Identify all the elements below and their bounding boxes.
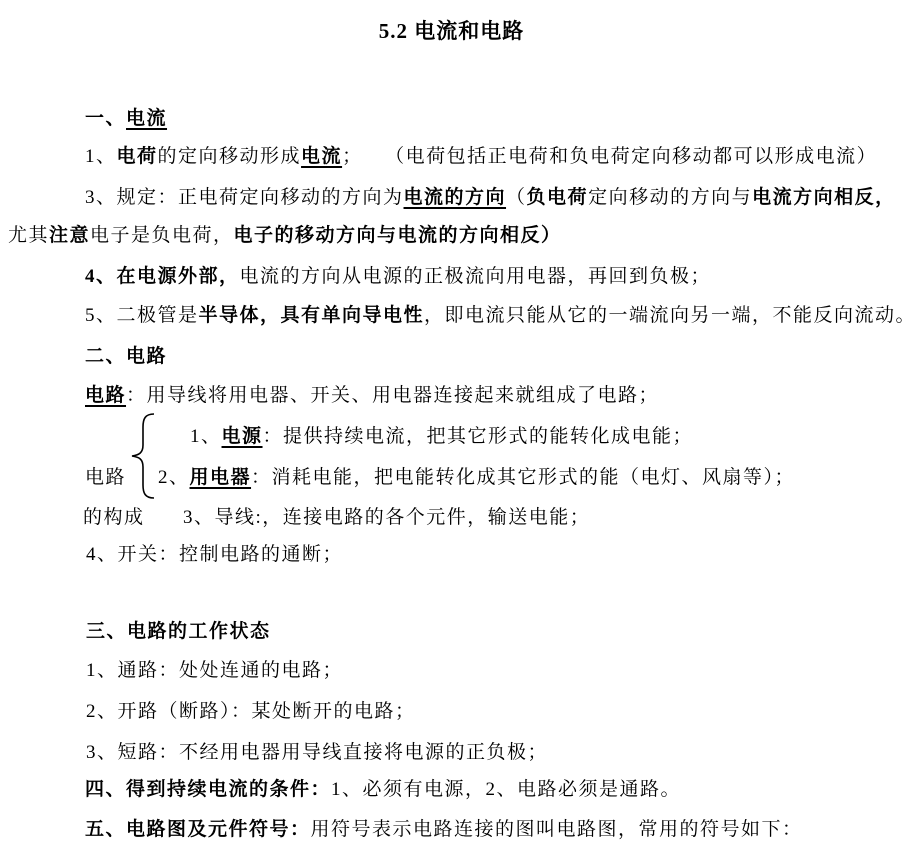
text-segment: 1、必须有电源，2、电路必须是通路。 — [331, 779, 681, 800]
bold-term: 电子的移动方向与电流的方向相反） — [234, 225, 562, 246]
brace-label-top: 电路 — [85, 465, 126, 491]
bold-term: 电流方向相反， — [752, 187, 896, 208]
heading-1-term: 电流 — [126, 108, 167, 129]
bold-term: 四、得到持续电流的条件： — [85, 779, 331, 800]
bold-term: 半导体，具有单向导电性 — [199, 305, 425, 326]
text-segment: 2、 — [158, 467, 190, 488]
para-circuit-definition: 电路：用导线将用电器、开关、用电器连接起来就组成了电路； — [85, 383, 659, 409]
heading-section-2: 二、电路 — [85, 344, 167, 370]
text-segment: ：提供持续电流，把其它形式的能转化成电能； — [263, 426, 694, 447]
para-current-direction-line2: 尤其注意电子是负电荷，电子的移动方向与电流的方向相反） — [8, 223, 562, 249]
para-closed-circuit: 1、通路：处处连通的电路； — [86, 658, 343, 684]
bold-term: 4、在电源外部， — [85, 266, 240, 287]
heading-1-number: 一、 — [85, 108, 126, 129]
bold-term: 负电荷 — [527, 187, 589, 208]
underlined-term: 电流的方向 — [404, 187, 507, 208]
brace-item-wire: 3、导线:，连接电路的各个元件，输送电能； — [183, 505, 590, 531]
para-circuit-diagram-symbols: 五、电路图及元件符号：用符号表示电路连接的图叫电路图，常用的符号如下： — [85, 817, 803, 843]
underlined-term: 电源 — [222, 426, 263, 447]
para-diode: 5、二极管是半导体，具有单向导电性，即电流只能从它的一端流向另一端，不能反向流动… — [85, 303, 903, 329]
heading-section-1: 一、电流 — [85, 106, 167, 132]
bold-term: 五、电路图及元件符号： — [85, 819, 311, 840]
text-segment: ； — [342, 146, 363, 167]
text-segment: 5、二极管是 — [85, 305, 199, 326]
underlined-term: 电流 — [301, 146, 342, 167]
text-segment: 电子是负电荷， — [90, 225, 234, 246]
heading-section-3: 三、电路的工作状态 — [86, 619, 271, 645]
text-segment: ：消耗电能，把电能转化成其它形式的能（电灯、风扇等）； — [251, 467, 795, 488]
text-segment: （ — [506, 187, 527, 208]
brace-item-appliance: 2、用电器：消耗电能，把电能转化成其它形式的能（电灯、风扇等）； — [158, 465, 795, 491]
brace-item-switch: 4、开关：控制电路的通断； — [86, 542, 343, 568]
para-short-circuit: 3、短路：不经用电器用导线直接将电源的正负极； — [86, 740, 548, 766]
doc-title: 5.2 电流和电路 — [0, 18, 903, 44]
text-segment: 3、导线:，连接电路的各个元件，输送电能； — [183, 507, 590, 528]
document-page: 5.2 电流和电路 一、电流 1、电荷的定向移动形成电流；（电荷包括正电荷和负电… — [0, 0, 903, 852]
brace-item-power-source: 1、电源：提供持续电流，把其它形式的能转化成电能； — [190, 424, 693, 450]
para-current-direction-line1: 3、规定：正电荷定向移动的方向为电流的方向（负电荷定向移动的方向与电流方向相反， — [85, 185, 896, 211]
text-segment: ，即电流只能从它的一端流向另一端，不能反向流动。 — [424, 305, 903, 326]
text-segment: 4、开关：控制电路的通断； — [86, 544, 343, 565]
bold-term: 注意 — [49, 225, 90, 246]
text-segment: 电流的方向从电源的正极流向用电器，再回到负极； — [240, 266, 712, 287]
text-segment: 的定向移动形成 — [158, 146, 302, 167]
text-segment: 3、规定：正电荷定向移动的方向为 — [85, 187, 404, 208]
para-current-definition: 1、电荷的定向移动形成电流；（电荷包括正电荷和负电荷定向移动都可以形成电流） — [85, 144, 877, 170]
underlined-term: 电路 — [85, 385, 126, 406]
brace-label-bottom: 的构成 — [83, 505, 145, 531]
text-segment: 定向移动的方向与 — [588, 187, 752, 208]
text-segment: （电荷包括正电荷和负电荷定向移动都可以形成电流） — [395, 146, 878, 167]
curly-brace — [130, 412, 156, 500]
para-open-circuit: 2、开路（断路）：某处断开的电路； — [86, 699, 416, 725]
para-outside-power-source: 4、在电源外部，电流的方向从电源的正极流向用电器，再回到负极； — [85, 264, 711, 290]
text-segment: 1、 — [190, 426, 222, 447]
para-continuous-current-conditions: 四、得到持续电流的条件：1、必须有电源，2、电路必须是通路。 — [85, 777, 681, 803]
text-segment: 用符号表示电路连接的图叫电路图，常用的符号如下： — [311, 819, 803, 840]
text-segment: 1、 — [85, 146, 117, 167]
text-segment: 尤其 — [8, 225, 49, 246]
text-segment: ：用导线将用电器、开关、用电器连接起来就组成了电路； — [126, 385, 659, 406]
underlined-term: 用电器 — [190, 467, 252, 488]
bold-term: 电荷 — [117, 146, 158, 167]
